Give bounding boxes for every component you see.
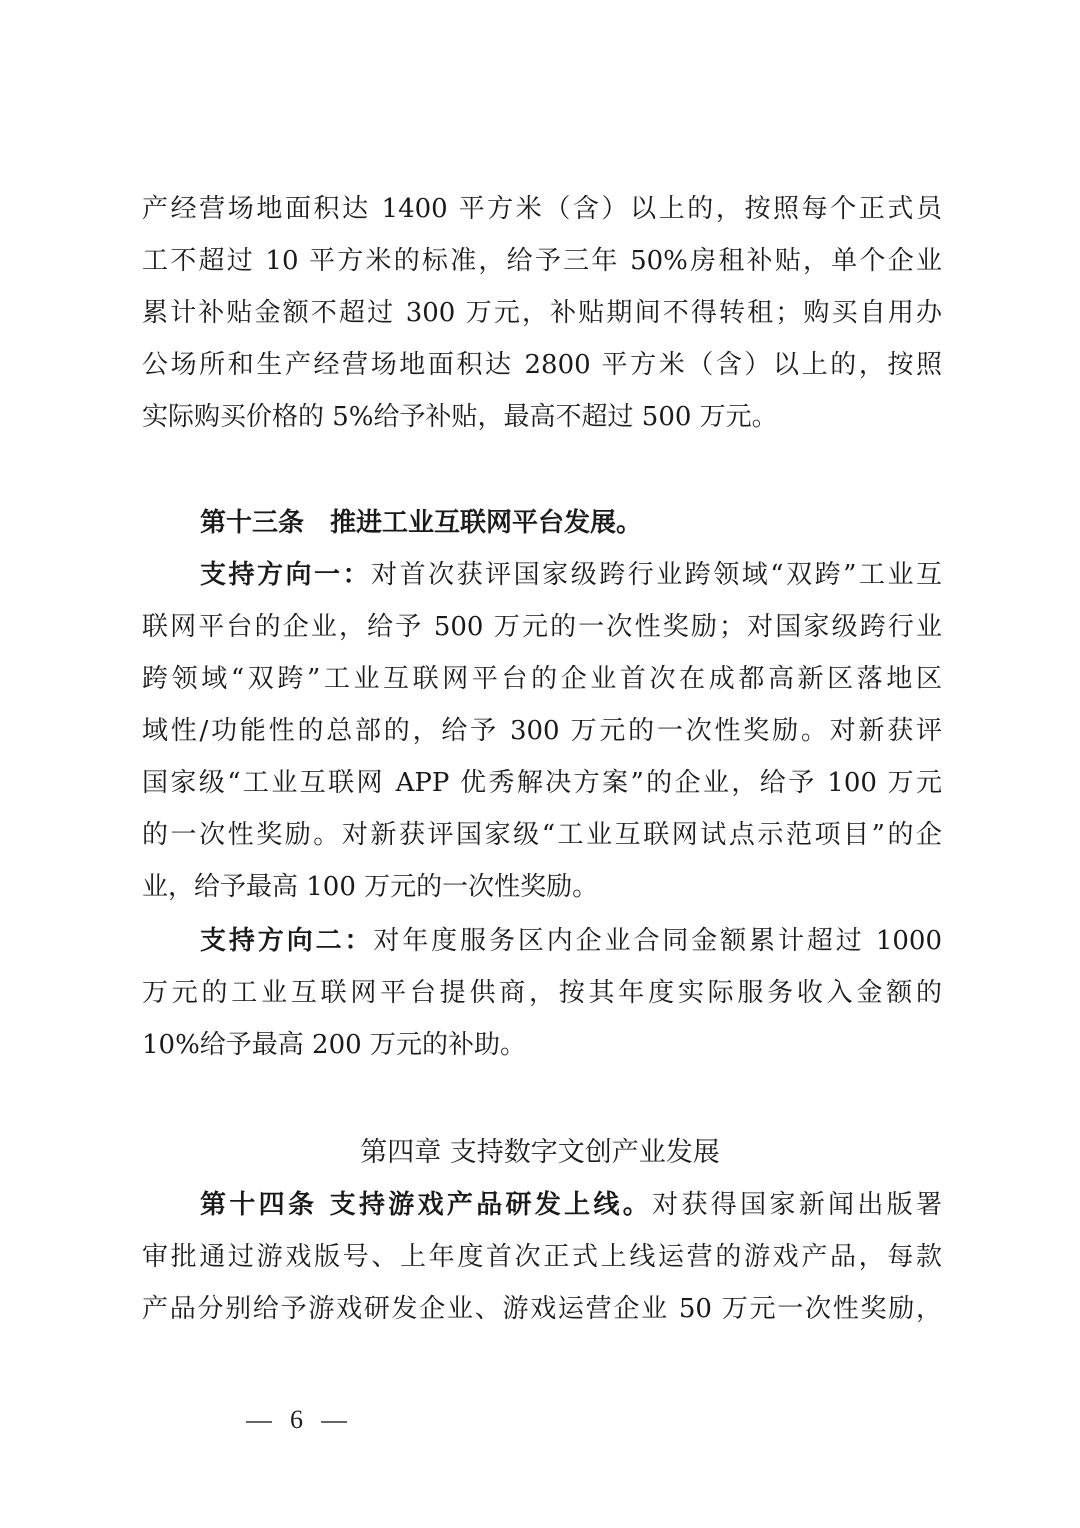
direction-1-first-line: 支持方向一：对首次获评国家级跨行业跨领域“双跨”工业互 — [200, 555, 942, 595]
paragraph-line: 跨领域“双跨”工业互联网平台的企业首次在成都高新区落地区 — [142, 659, 942, 699]
document-page: 产经营场地面积达 1400 平方米（含）以上的，按照每个正式员 工不超过 10 … — [0, 0, 1080, 1528]
paragraph-line: 联网平台的企业，给予 500 万元的一次性奖励；对国家级跨行业 — [142, 607, 942, 647]
paragraph-line: 10%给予最高 200 万元的补助。 — [142, 1025, 942, 1065]
paragraph-line: 工不超过 10 平方米的标准，给予三年 50%房租补贴，单个企业 — [142, 241, 942, 281]
article-14-first-line: 第十四条 支持游戏产品研发上线。对获得国家新闻出版署 — [200, 1185, 942, 1225]
paragraph-line: 审批通过游戏版号、上年度首次正式上线运营的游戏产品，每款 — [142, 1237, 942, 1277]
direction-2-label: 支持方向二： — [200, 926, 373, 956]
direction-2-first-line: 支持方向二：对年度服务区内企业合同金额累计超过 1000 — [200, 921, 942, 961]
paragraph-line: 业，给予最高 100 万元的一次性奖励。 — [142, 867, 942, 907]
dash-right — [321, 1421, 347, 1423]
paragraph-line: 产经营场地面积达 1400 平方米（含）以上的，按照每个正式员 — [142, 189, 942, 229]
paragraph-line: 域性/功能性的总部的，给予 300 万元的一次性奖励。对新获评 — [142, 711, 942, 751]
page-number-footer: 6 — [228, 1400, 365, 1440]
chapter-title: 第四章 支持数字文创产业发展 — [0, 1133, 1080, 1173]
direction-1-label: 支持方向一： — [200, 560, 371, 590]
paragraph-line: 万元的工业互联网平台提供商，按其年度实际服务收入金额的 — [142, 973, 942, 1013]
dash-left — [246, 1421, 272, 1423]
paragraph-line: 实际购买价格的 5%给予补贴，最高不超过 500 万元。 — [142, 397, 942, 437]
page-number: 6 — [290, 1405, 303, 1434]
paragraph-line: 的一次性奖励。对新获评国家级“工业互联网试点示范项目”的企 — [142, 815, 942, 855]
direction-2-text: 对年度服务区内企业合同金额累计超过 1000 — [373, 926, 942, 956]
paragraph-line: 国家级“工业互联网 APP 优秀解决方案”的企业，给予 100 万元 — [142, 763, 942, 803]
paragraph-line: 产品分别给予游戏研发企业、游戏运营企业 50 万元一次性奖励， — [142, 1289, 942, 1329]
direction-1-text: 对首次获评国家级跨行业跨领域“双跨”工业互 — [371, 560, 942, 590]
article-14-heading: 第十四条 支持游戏产品研发上线。 — [200, 1190, 652, 1220]
article-13-heading: 第十三条 推进工业互联网平台发展。 — [200, 503, 942, 543]
paragraph-line: 累计补贴金额不超过 300 万元，补贴期间不得转租；购买自用办 — [142, 293, 942, 333]
article-14-text: 对获得国家新闻出版署 — [652, 1190, 942, 1220]
paragraph-line: 公场所和生产经营场地面积达 2800 平方米（含）以上的，按照 — [142, 345, 942, 385]
